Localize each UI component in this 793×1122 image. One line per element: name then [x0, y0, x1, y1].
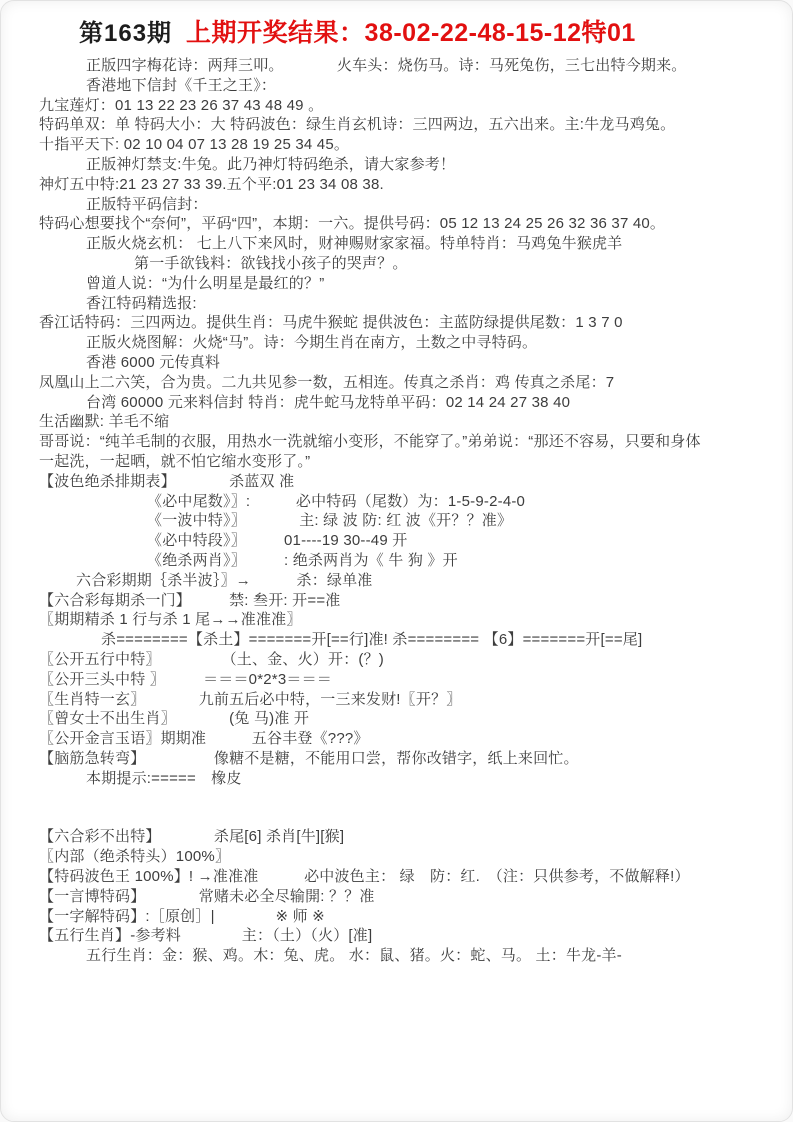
text-line: 【六合彩不出特】 杀尾[6] 杀肖[牛][猴]	[39, 827, 764, 847]
text-line: 凤凰山上二六笑，合为贵。二九共见参一数，五相连。传真之杀肖：鸡 传真之杀尾：7	[39, 373, 764, 393]
text-line: 正版特平码信封：	[86, 195, 764, 215]
text-line: 杀========【杀土】=======开[==行]准! 杀======== 【…	[101, 630, 764, 650]
document-body: 正版四字梅花诗：两拜三叩。 火车头：烧伤马。诗：马死兔伤，三七出特今期来。香港地…	[1, 54, 792, 966]
text-line: 正版火烧玄机： 七上八下来风时，财神赐财家家福。特单特肖：马鸡兔牛猴虎羊	[86, 234, 764, 254]
text-line: 【五行生肖】-参考料 主：（土）（火）[准]	[39, 926, 764, 946]
text-line: 〖内部（绝杀特头）100%〗	[39, 847, 764, 867]
text-line: 【波色绝杀排期表】 杀蓝双 准	[39, 472, 764, 492]
text-line: 六合彩期期｛杀半波｝〗→ 杀：绿单准	[76, 571, 764, 591]
text-line: 生活幽默: 羊毛不缩	[39, 412, 764, 432]
text-line: 哥哥说：“纯羊毛制的衣服，用热水一洗就缩小变形，不能穿了。”弟弟说：“那还不容易…	[39, 432, 764, 452]
text-line: 香港 6000 元传真料	[86, 353, 764, 373]
text-line: 《绝杀两肖》〗 : 绝杀两肖为《 牛 狗 》开	[147, 551, 764, 571]
text-line: 香江特码精选报:	[86, 294, 764, 314]
text-line: 〖曾女士不出生肖〗 (兔 马)准 开	[39, 709, 764, 729]
text-line: 〖公开三头中特 〗 ＝＝＝0*2*3＝＝＝	[39, 670, 764, 690]
text-line: 〖期期精杀 1 行与杀 1 尾→→准准准〗	[39, 610, 764, 630]
text-line: 特码心想要找个“奈何”，平码“四”，本期：一六。提供号码：05 12 13 24…	[39, 214, 764, 234]
text-line: 台湾 60000 元来料信封 特肖：虎牛蛇马龙特单平码：02 14 24 27 …	[86, 393, 764, 413]
text-line: 本期提示:===== 橡皮	[86, 769, 764, 789]
text-line: 十指平天下: 02 10 04 07 13 28 19 25 34 45。	[39, 135, 764, 155]
text-line: 九宝莲灯：01 13 22 23 26 37 43 48 49 。	[39, 96, 764, 116]
text-line: 【特码波色王 100%】! →准准准 必中波色主： 绿 防：红. （注：只供参考…	[39, 867, 764, 887]
text-line: 第一手欲钱料：欲钱找小孩子的哭声？。	[134, 254, 764, 274]
text-line: 正版神灯禁支:牛兔。此乃神灯特码绝杀，请大家参考！	[86, 155, 764, 175]
scanned-lottery-sheet: 第163期上期开奖结果：38-02-22-48-15-12特01 正版四字梅花诗…	[0, 0, 793, 1122]
text-line: 【脑筋急转弯】 像糖不是糖，不能用口尝，帮你改错字，纸上来回忙。	[39, 749, 764, 769]
text-line: 《必中尾数》〗: 必中特码（尾数）为：1-5-9-2-4-0	[147, 492, 764, 512]
text-line: 曾道人说：“为什么明星是最红的？”	[86, 274, 764, 294]
text-line: 特码单双：单 特码大小：大 特码波色：绿生肖玄机诗：三四两边，五六出来。主:牛龙…	[39, 115, 764, 135]
text-line: 〖公开金言玉语〗期期准 五谷丰登《???》	[39, 729, 764, 749]
text-line: 正版四字梅花诗：两拜三叩。 火车头：烧伤马。诗：马死兔伤，三七出特今期来。	[86, 56, 764, 76]
text-line: 〖公开五行中特〗 （土、金、火）开：(？)	[39, 650, 764, 670]
text-line: 【六合彩每期杀一门】 禁: 叁开: 开==准	[39, 591, 764, 611]
issue-number: 第163期	[79, 20, 172, 47]
text-line: 《必中特段》〗 01----19 30--49 开	[147, 531, 764, 551]
text-line: 香江话特码：三四两边。提供生肖：马虎牛猴蛇 提供波色：主蓝防绿提供尾数：1 3 …	[39, 313, 764, 333]
text-line: 香港地下信封《千王之王》：	[86, 76, 764, 96]
text-line: 正版火烧图解：火烧“马”。诗：今期生肖在南方，土数之中寻特码。	[86, 333, 764, 353]
page-header: 第163期上期开奖结果：38-02-22-48-15-12特01	[1, 13, 792, 49]
text-line: 〖生肖特一玄〗 九前五后必中特，一三来发财!〖开？〗	[39, 690, 764, 710]
last-draw-result: 上期开奖结果：38-02-22-48-15-12特01	[186, 19, 636, 47]
text-line: 五行生肖：金：猴、鸡。木：兔、虎。 水：鼠、猪。火：蛇、马。 土：牛龙-羊-	[86, 946, 764, 966]
text-line: 神灯五中特:21 23 27 33 39.五个平:01 23 34 08 38.	[39, 175, 764, 195]
text-line: 【一字解特码】:［原创］| ※ 师 ※	[39, 907, 764, 927]
text-line: 一起洗，一起晒，就不怕它缩水变形了。”	[39, 452, 764, 472]
text-line: 【一言博特码】 常赌未必全尽输開: ？？准	[39, 887, 764, 907]
text-line: 《一波中特》〗 主: 绿 波 防: 红 波《开？？准》	[147, 511, 764, 531]
